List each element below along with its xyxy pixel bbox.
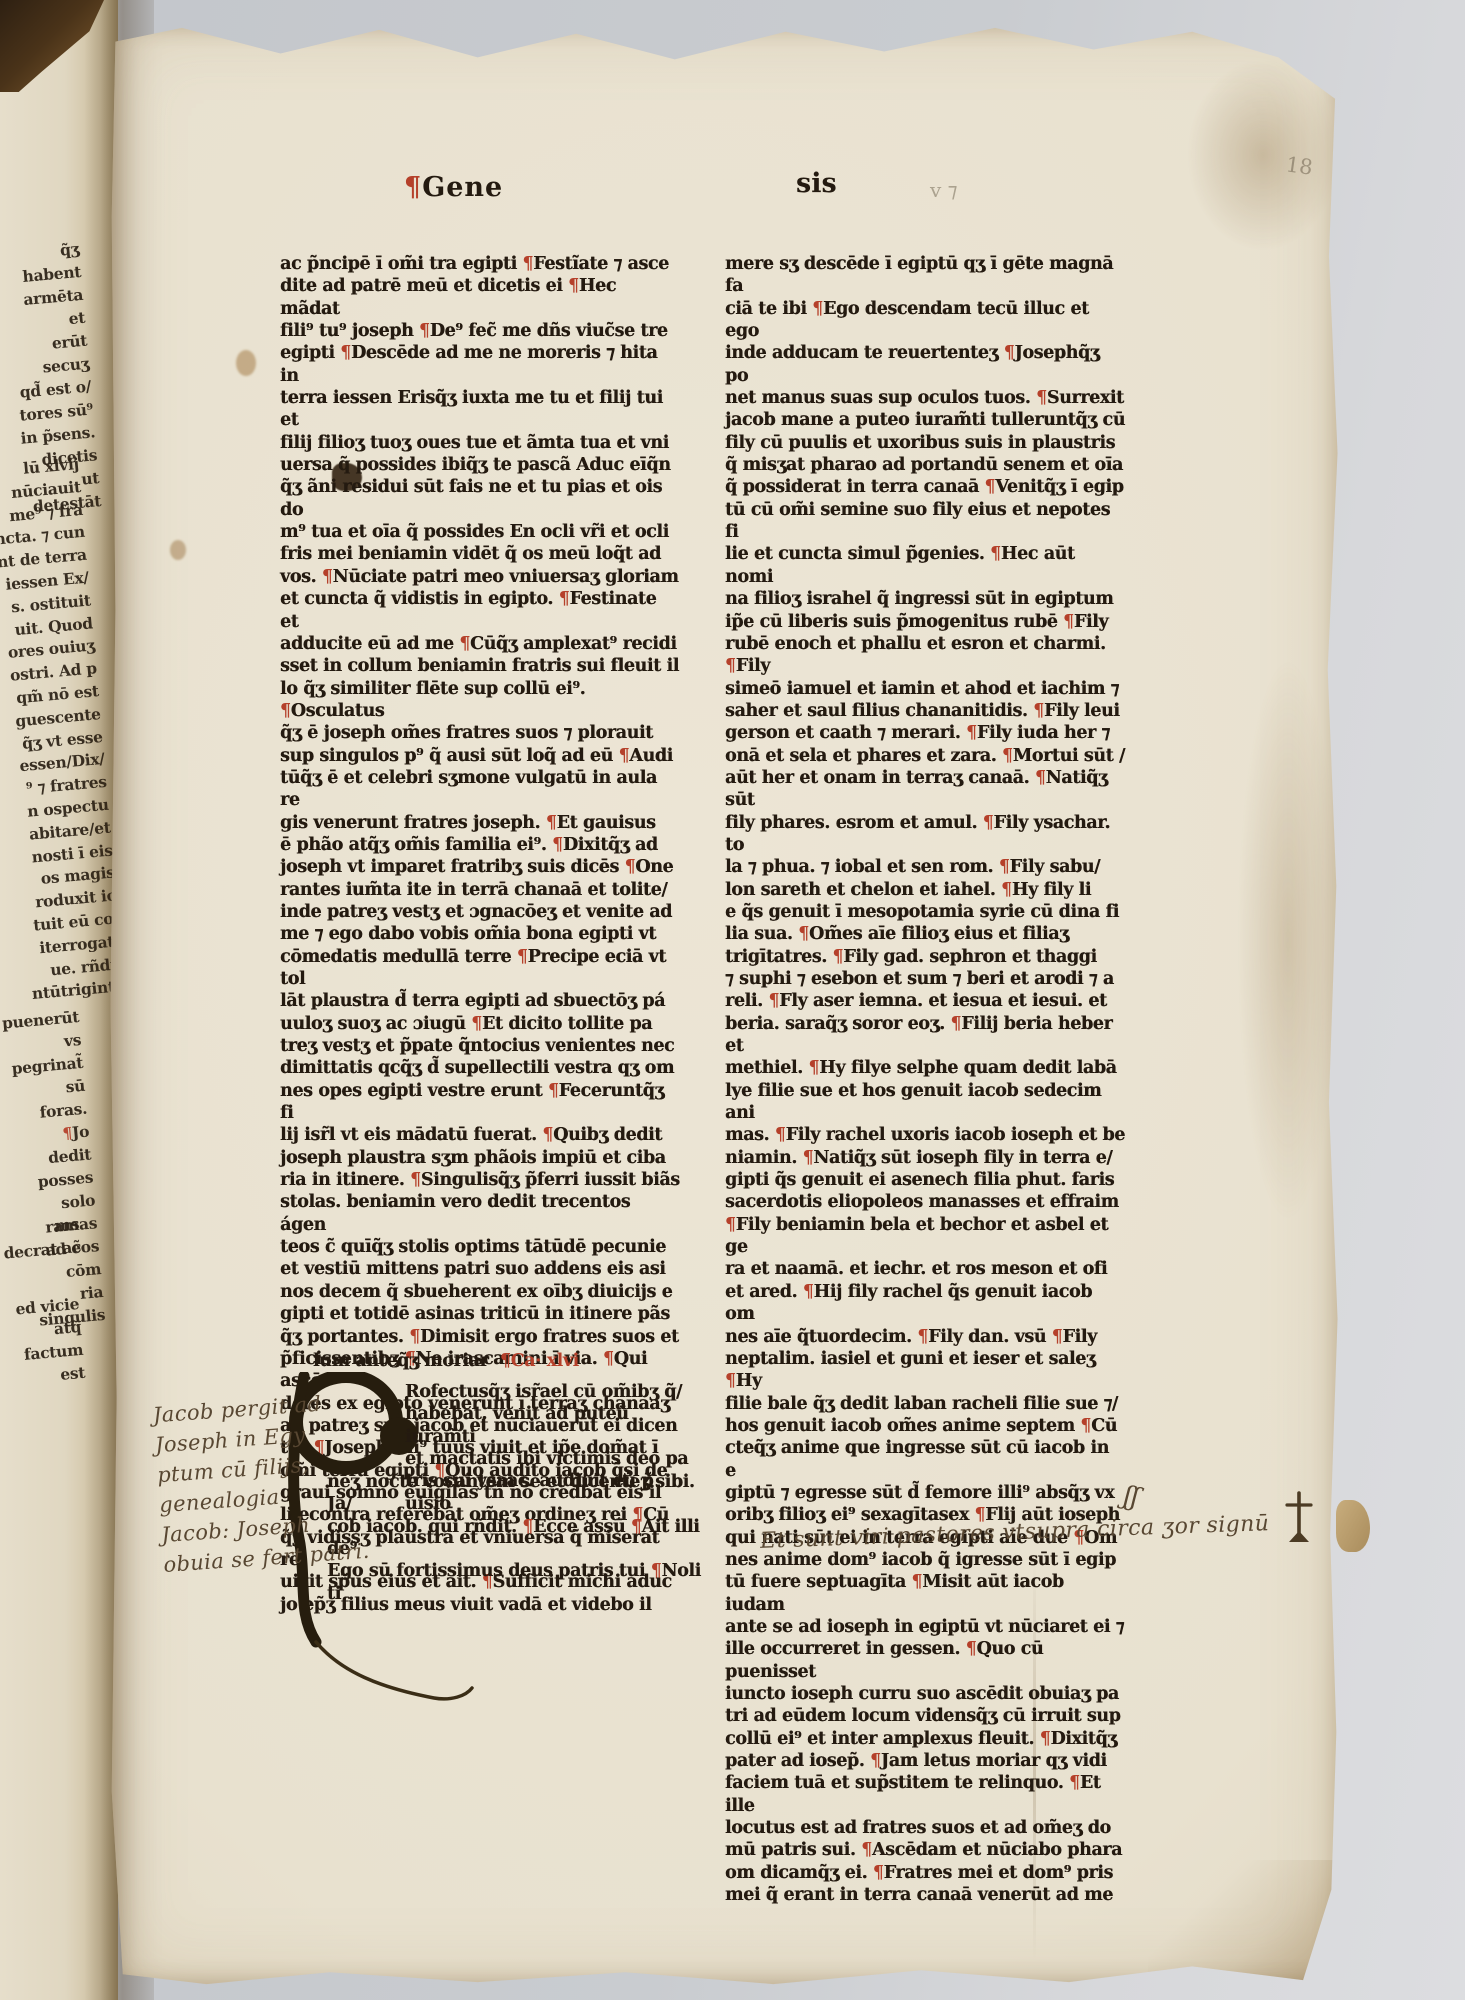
stain xyxy=(1188,60,1338,250)
book-page: ¶Gene sis v ⁊ 18 ac p̃ncipē ī om̃i tra e… xyxy=(108,20,1340,1988)
faint-header-marks: v ⁊ xyxy=(930,178,958,202)
chapter-rubric: ¶Ca· xlvi xyxy=(500,1350,579,1372)
facing-text-fragment: ms decrat ac̃ xyxy=(0,1212,82,1265)
stain xyxy=(170,540,186,560)
text-column-right: mere sʒ descēde ī egiptū qʒ ī gēte magnā… xyxy=(725,253,1125,1906)
chapter-end-line: lum anteq̃ʒ moriar xyxy=(313,1350,488,1372)
stain xyxy=(1238,660,1338,1220)
page-corner-curl xyxy=(1148,1860,1338,1988)
folio-number: 18 xyxy=(1284,152,1314,179)
marginal-annotation: Jacob pergit ad Joseph in Egy ptum cū fi… xyxy=(152,1386,371,1580)
running-title-left: ¶Gene xyxy=(404,172,503,203)
running-title-right: sis xyxy=(796,168,837,199)
drawn-cross-signum xyxy=(1284,1490,1314,1550)
facing-text-fragment: ed vicie atq̃ factum est xyxy=(0,1292,86,1390)
chapter-opening-full-lines: neʒ noc̃te vocantem se et dicenteʒ sibi.… xyxy=(327,1471,707,1605)
stain xyxy=(236,350,256,376)
photo-of-incunable-page: q̃ʒ habent armēta et erūt secuʒ qd̃ est … xyxy=(0,0,1465,2000)
under-leaf-edge xyxy=(1336,1500,1370,1552)
